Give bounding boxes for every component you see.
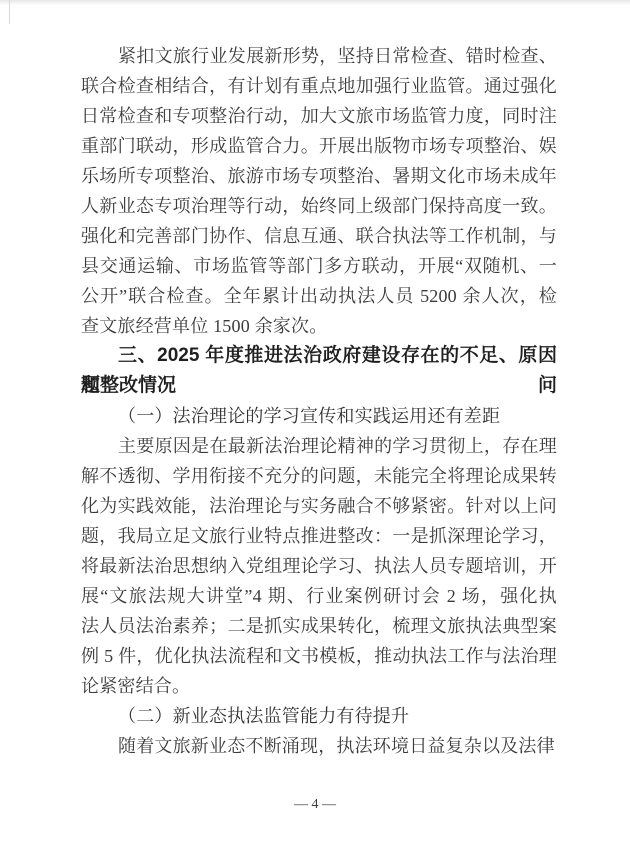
text-line: 联合检查相结合，有计划有重点地加强行业监管。通过强化 [81,71,557,101]
page-number: — 4 — [0,794,630,816]
text-line: （一）法治理论的学习宣传和实践运用还有差距 [81,401,557,431]
scan-left-edge-mark [9,0,10,24]
scan-top-edge [0,0,630,5]
subsection-heading-two: （二）新业态执法监管能力有待提升 [81,701,557,731]
text-line: 论紧密结合。 [81,671,557,701]
text-line: 县交通运输、市场监管等部门多方联动，开展“双随机、一 [81,251,557,281]
text-line: 人新业态专项治理等行动，始终同上级部门保持高度一致。 [81,191,557,221]
paragraph-theory-rectification: 主要原因是在最新法治理论精神的学习贯彻上，存在理解不透彻、学用衔接不充分的问题，… [81,431,557,701]
text-line: 日常检查和专项整治行动，加大文旅市场监管力度，同时注 [81,101,557,131]
text-line: 化为实践效能，法治理论与实务融合不够紧密。针对以上问 [81,491,557,521]
text-line: 题，我局立足文旅行业特点推进整改：一是抓深理论学习， [81,521,557,551]
text-line: 强化和完善部门协作、信息互通、联合执法等工作机制，与 [81,221,557,251]
text-line: 展“文旅法规大讲堂”4 期、行业案例研讨会 2 场，强化执 [81,581,557,611]
section-heading-three: 三、2025 年度推进法治政府建设存在的不足、原因和问题整改情况 [81,341,557,401]
subsection-heading-one: （一）法治理论的学习宣传和实践运用还有差距 [81,401,557,431]
paragraph-new-business-forms: 随着文旅新业态不断涌现，执法环境日益复杂以及法律 [81,731,557,761]
text-line: 解不透彻、学用衔接不充分的问题，未能完全将理论成果转 [81,461,557,491]
text-line: 三、2025 年度推进法治政府建设存在的不足、原因和问 [81,341,557,371]
text-line: 将最新法治思想纳入党组理论学习、执法人员专题培训，开 [81,551,557,581]
document-page: 紧扣文旅行业发展新形势，坚持日常检查、错时检查、联合检查相结合，有计划有重点地加… [0,0,630,865]
text-line: 乐场所专项整治、旅游市场专项整治、暑期文化市场未成年 [81,161,557,191]
text-line: 主要原因是在最新法治理论精神的学习贯彻上，存在理 [81,431,557,461]
text-line: 法人员法治素养；二是抓实成果转化，梳理文旅执法典型案 [81,611,557,641]
text-line: 例 5 件，优化执法流程和文书模板，推动执法工作与法治理 [81,641,557,671]
text-line: 随着文旅新业态不断涌现，执法环境日益复杂以及法律 [81,731,557,761]
text-line: 查文旅经营单位 1500 余家次。 [81,311,557,341]
text-line: （二）新业态执法监管能力有待提升 [81,701,557,731]
document-body: 紧扣文旅行业发展新形势，坚持日常检查、错时检查、联合检查相结合，有计划有重点地加… [81,41,557,761]
paragraph-market-supervision: 紧扣文旅行业发展新形势，坚持日常检查、错时检查、联合检查相结合，有计划有重点地加… [81,41,557,341]
text-line: 公开”联合检查。全年累计出动执法人员 5200 余人次，检 [81,281,557,311]
text-line: 重部门联动，形成监管合力。开展出版物市场专项整治、娱 [81,131,557,161]
text-line: 紧扣文旅行业发展新形势，坚持日常检查、错时检查、 [81,41,557,71]
